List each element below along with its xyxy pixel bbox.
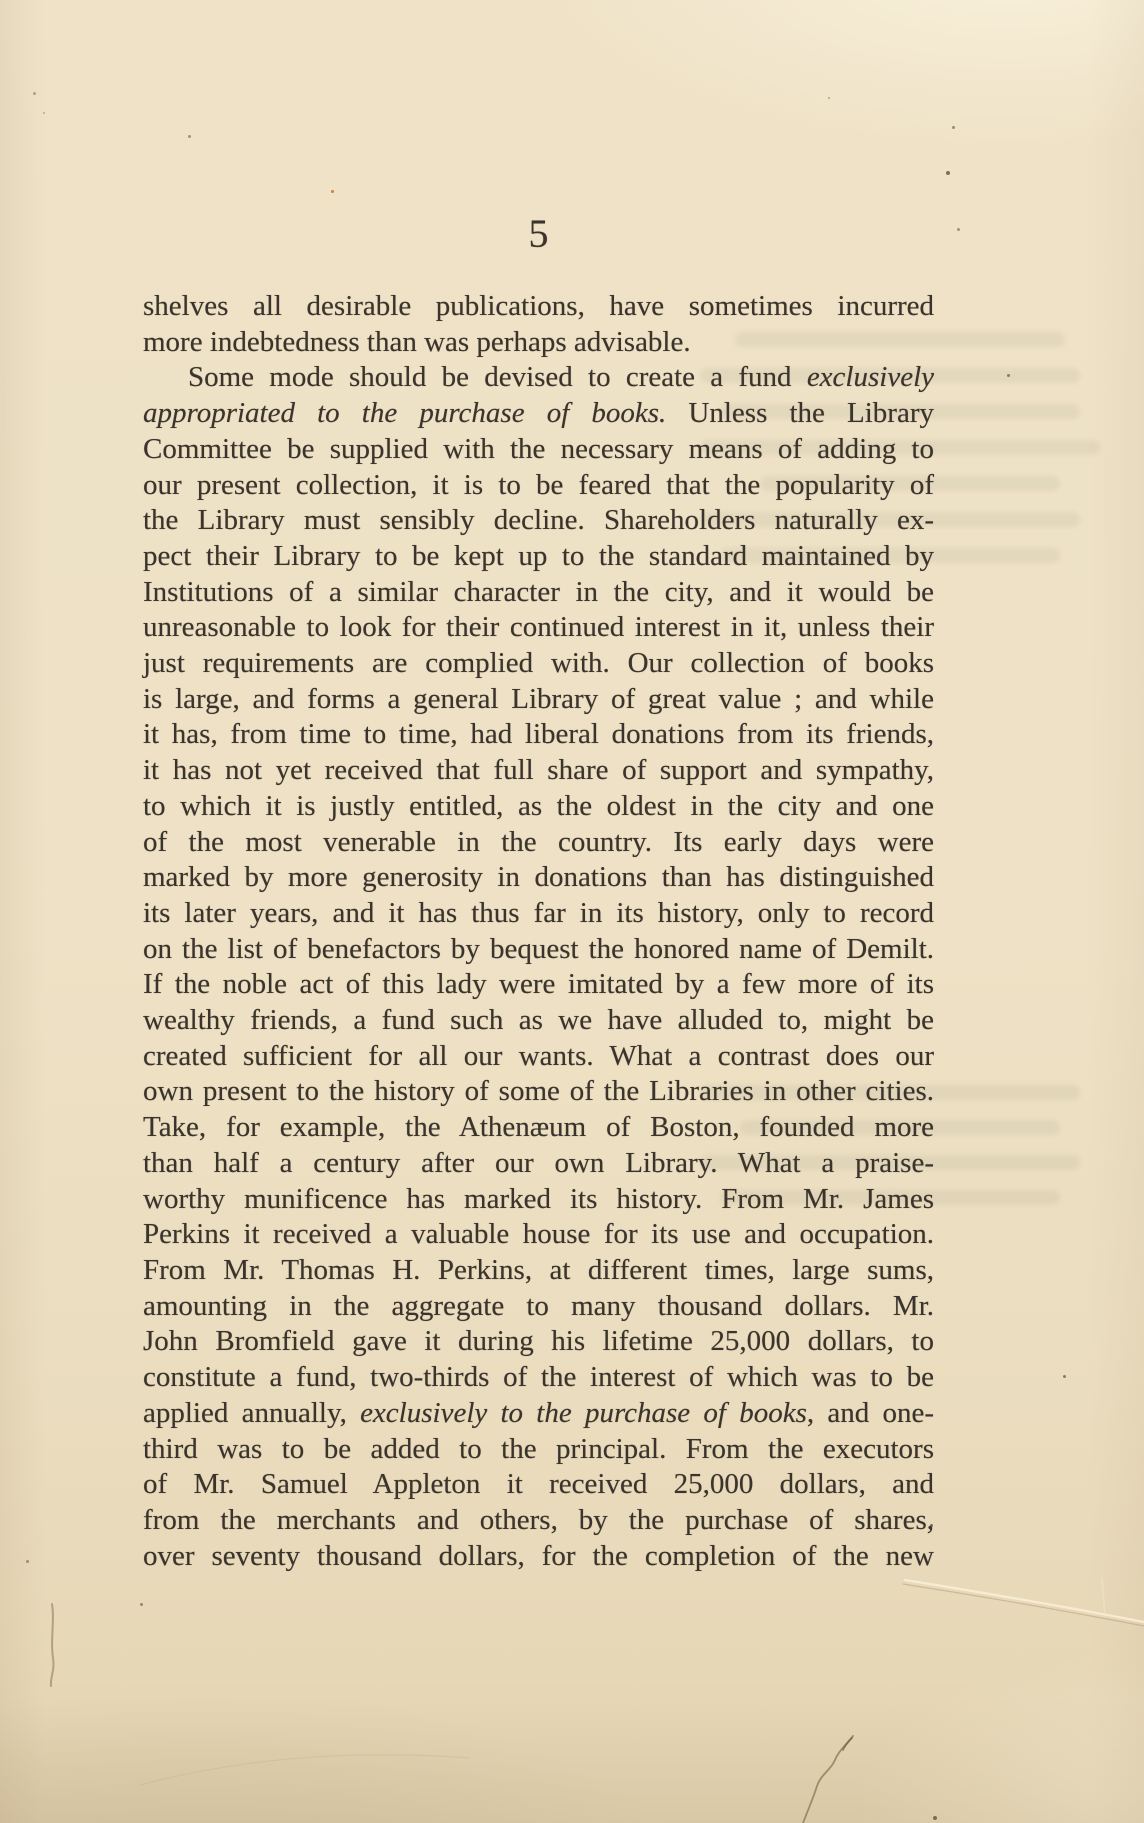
text-line: Perkins it received a valuable house for… [143,1217,934,1253]
text-segment: its later years, and it has thus far in … [143,897,934,929]
paper-speck [43,112,45,114]
text-segment: wealthy friends, a fund such as we have … [143,1004,934,1036]
paper-crease [843,1738,852,1750]
text-segment: is large, and forms a general Library of… [143,683,934,715]
text-segment: created sufficient for all our wants. Wh… [143,1040,934,1072]
text-block: shelves all desirable publications, have… [143,289,934,1574]
paper-speck [957,228,960,231]
scanned-page: 5 shelves all desirable publications, ha… [0,0,1144,1823]
text-segment: unreasonable to look for their continued… [143,611,934,643]
text-segment: from the merchants and others, by the pu… [143,1504,934,1536]
text-segment: over seventy thousand dollars, for the c… [143,1540,934,1572]
text-line: wealthy friends, a fund such as we have … [143,1003,934,1039]
text-line: worthy munificence has marked its histor… [143,1182,934,1218]
italic-text-segment: appropriated to the purchase of books. [143,397,666,429]
paper-speck [140,1603,143,1606]
text-line: created sufficient for all our wants. Wh… [143,1039,934,1075]
paper-speck [828,97,830,99]
text-segment: own present to the history of some of th… [143,1075,934,1107]
paper-speck [33,92,36,95]
text-segment: of the most venerable in the country. It… [143,826,934,858]
text-line: of Mr. Samuel Appleton it received 25,00… [143,1467,934,1503]
paper-speck [952,126,955,129]
text-segment: to which it is justly entitled, as the o… [143,790,934,822]
paper-crease [905,1580,1144,1622]
paper-crease [1102,1578,1105,1617]
text-segment: third was to be added to the principal. … [143,1433,934,1465]
text-segment: on the list of benefactors by bequest th… [143,933,934,965]
text-line: it has, from time to time, had liberal d… [143,717,934,753]
text-segment: If the noble act of this lady were imita… [143,968,934,1000]
text-segment: worthy munificence has marked its histor… [143,1183,934,1215]
italic-text-segment: exclusively to the purchase of books [360,1397,807,1429]
text-segment: pect their Library to be kept up to the … [143,540,934,572]
text-segment: it has not yet received that full share … [143,754,934,786]
text-segment: than half a century after our own Librar… [143,1147,934,1179]
text-segment: of Mr. Samuel Appleton it received 25,00… [143,1468,934,1500]
paper-speck [331,190,334,193]
text-line: John Bromfield gave it during his lifeti… [143,1324,934,1360]
text-segment: John Bromfield gave it during his lifeti… [143,1325,934,1357]
paper-crease [51,1604,54,1686]
text-line: amounting in the aggregate to many thous… [143,1289,934,1325]
text-line: pect their Library to be kept up to the … [143,539,934,575]
text-line: unreasonable to look for their continued… [143,610,934,646]
text-segment: our present collection, it is to be fear… [143,469,934,501]
text-segment: Take, for example, the Athenæum of Bosto… [143,1111,934,1143]
text-line: shelves all desirable publications, have… [143,289,934,325]
text-line: over seventy thousand dollars, for the c… [143,1539,934,1575]
text-segment: more indebtedness than was perhaps advis… [143,326,691,358]
text-segment: marked by more generosity in donations t… [143,861,934,893]
text-line: our present collection, it is to be fear… [143,468,934,504]
text-line: is large, and forms a general Library of… [143,682,934,718]
text-line: the Library must sensibly decline. Share… [143,503,934,539]
text-line: Committee be supplied with the necessary… [143,432,934,468]
text-segment: constitute a fund, two-thirds of the int… [143,1361,934,1393]
paper-speck [188,135,191,138]
text-line: Some mode should be devised to create a … [143,360,934,396]
text-segment: just requirements are complied with. Our… [143,647,934,679]
text-segment: amounting in the aggregate to many thous… [143,1290,934,1322]
text-line: Take, for example, the Athenæum of Bosto… [143,1110,934,1146]
text-line: From Mr. Thomas H. Perkins, at different… [143,1253,934,1289]
text-line: than half a century after our own Librar… [143,1146,934,1182]
paper-speck [933,1816,937,1820]
text-line: just requirements are complied with. Our… [143,646,934,682]
text-segment: Unless the Library [666,397,934,429]
paper-crease [903,1584,1144,1626]
text-line: to which it is justly entitled, as the o… [143,789,934,825]
text-segment: shelves all desirable publications, have… [143,290,934,322]
text-line: its later years, and it has thus far in … [143,896,934,932]
text-segment: Committee be supplied with the necessary… [143,433,934,465]
text-line: on the list of benefactors by bequest th… [143,932,934,968]
text-segment: the Library must sensibly decline. Share… [143,504,934,536]
paper-speck [930,1524,933,1527]
text-segment: Institutions of a similar character in t… [143,576,934,608]
italic-text-segment: exclusively [807,361,934,393]
text-line: own present to the history of some of th… [143,1074,934,1110]
text-line: applied annually, exclusively to the pur… [143,1396,934,1432]
text-line: If the noble act of this lady were imita… [143,967,934,1003]
text-line: it has not yet received that full share … [143,753,934,789]
text-segment: From Mr. Thomas H. Perkins, at different… [143,1254,934,1286]
text-segment: applied annually, [143,1397,360,1429]
text-line: appropriated to the purchase of books. U… [143,396,934,432]
paper-speck [1063,1375,1066,1378]
text-line: constitute a fund, two-thirds of the int… [143,1360,934,1396]
text-line: more indebtedness than was perhaps advis… [143,325,934,361]
paper-speck [1007,374,1010,377]
text-line: from the merchants and others, by the pu… [143,1503,934,1539]
text-line: marked by more generosity in donations t… [143,860,934,896]
paper-speck [26,1560,29,1563]
page-number: 5 [143,214,934,254]
paper-crease [140,1755,470,1785]
text-segment: , and one- [807,1397,934,1429]
paper-speck [946,171,950,175]
text-line: third was to be added to the principal. … [143,1432,934,1468]
paper-crease [803,1736,853,1823]
text-segment: Perkins it received a valuable house for… [143,1218,934,1250]
text-line: Institutions of a similar character in t… [143,575,934,611]
text-line: of the most venerable in the country. It… [143,825,934,861]
text-segment: it has, from time to time, had liberal d… [143,718,934,750]
text-segment: Some mode should be devised to create a … [188,361,807,393]
